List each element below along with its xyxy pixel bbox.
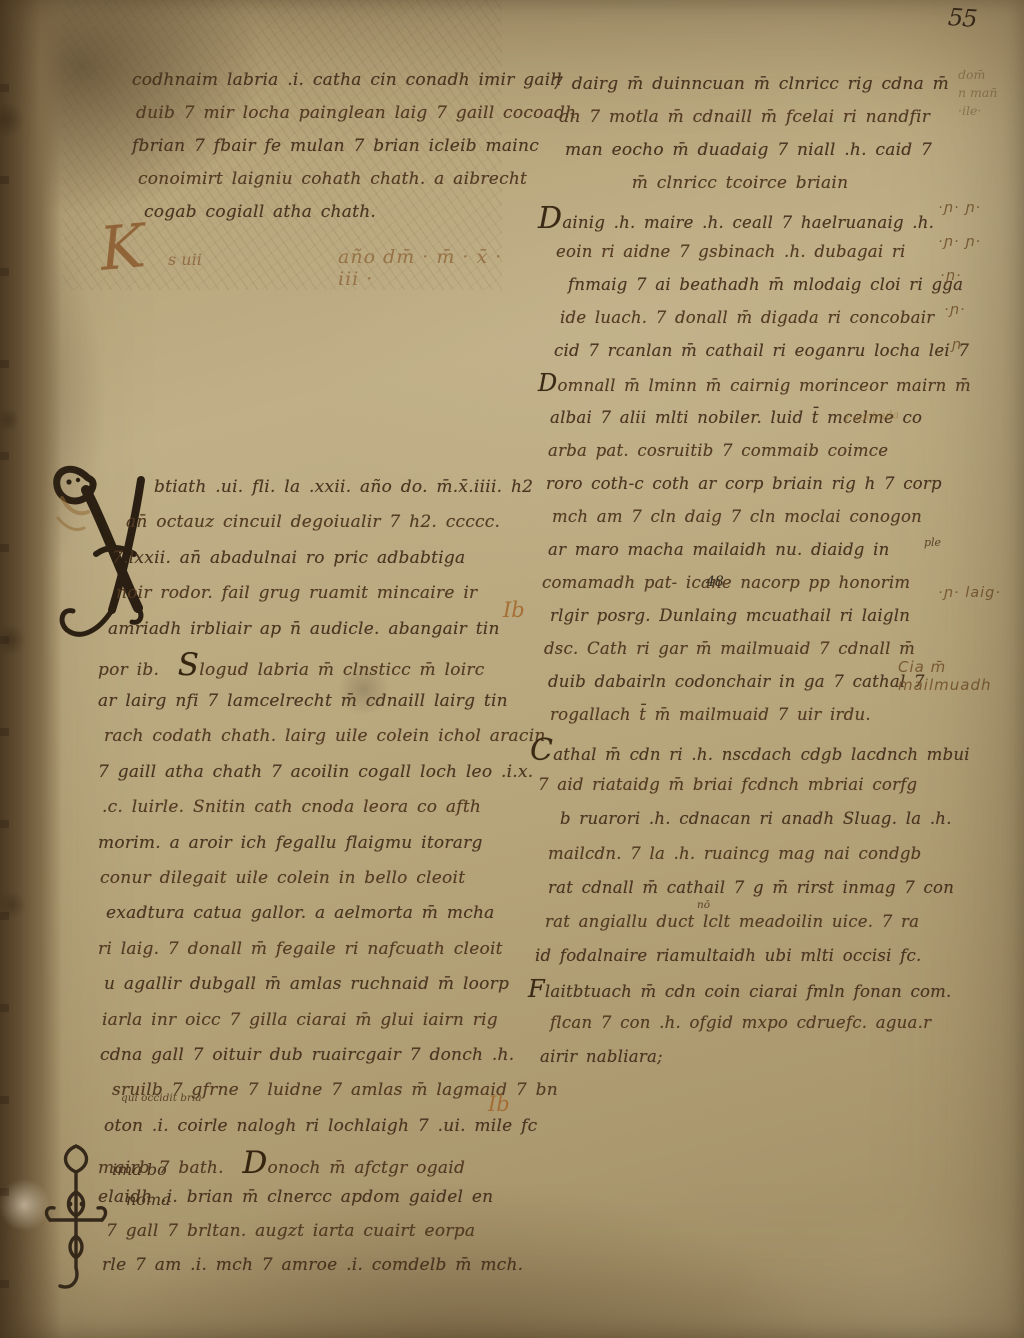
- text-line: an 7 motla m̄ cdnaill m̄ fcelai ri nandf…: [559, 101, 935, 134]
- drop-cap-segment: Slogud labria m̄ clnsticc m̄ loirc: [178, 648, 485, 688]
- text-line: arba pat. cosruitib 7 commaib coimce: [548, 434, 971, 467]
- text-line: ide luach. 7 donall m̄ digada ri concoba…: [560, 301, 971, 334]
- kalends-initial: K: [97, 216, 147, 280]
- text-line: ar maro macha mailaidh nu. diaidg in: [548, 533, 971, 566]
- obit-mark: ·ɲ· ɲ·: [938, 234, 981, 250]
- annal-heading: K s uii año dm̄ · m̄ · x̄ · iii ·: [100, 224, 520, 294]
- right-column-paragraph-3: Cathal m̄ cdn ri .h. nscdach cdgb lacdnc…: [530, 734, 970, 973]
- text-line: morim. a aroir ich fegallu flaigmu itora…: [98, 826, 558, 861]
- text-line: rach codath chath. lairg uile colein ich…: [104, 719, 558, 754]
- obit-mark: ·ɲ·: [940, 268, 962, 284]
- margin-note-line: dom̄: [958, 66, 997, 84]
- interlinear-note-48: 48: [706, 574, 724, 590]
- left-column-paragraph-1: codhnaim labria .i. catha cin conadh imi…: [132, 64, 576, 229]
- text-line: rat cdnall m̄ cathail 7 g m̄ rirst inmag…: [548, 871, 970, 905]
- rubric-ib-mark: Ib: [503, 598, 525, 622]
- text-line: duib 7 mir locha painglean laig 7 gaill …: [136, 97, 576, 130]
- text-line: 7 gaill atha chath 7 acoilin cogall loch…: [98, 755, 558, 790]
- text-line: 7 dairg m̄ duinncuan m̄ clnricc rig cdna…: [552, 68, 935, 101]
- left-column-paragraph-2: btiath .ui. fli. la .xxii. año do. m̄.x̄…: [108, 470, 533, 647]
- right-column-paragraph-2: Dainig .h. maire .h. ceall 7 haelruanaig…: [538, 202, 971, 732]
- text-line: 7 gall 7 brltan. augzt iarta cuairt eorp…: [106, 1214, 523, 1248]
- interlinear-note-qui-occidit: qui occidit bria: [121, 1092, 202, 1104]
- text-line: u agallir dubgall m̄ amlas ruchnaid m̄ l…: [104, 967, 558, 1002]
- text-line: mailcdn. 7 la .h. ruaincg mag nai condgb: [548, 837, 970, 871]
- heading-year: año dm̄ · m̄ · x̄ · iii ·: [338, 246, 520, 290]
- margin-note-laig: ·ɲ· laig·: [938, 585, 1001, 601]
- text-line: conoimirt laigniu cohath chath. a aibrec…: [138, 163, 576, 196]
- text-line: eoin ri aidne 7 gsbinach .h. dubagai ri: [556, 235, 971, 268]
- text-line: id fodalnaire riamultaidh ubi mlti occis…: [535, 939, 970, 973]
- text-line: rogallach t̄ m̄ mailmuaid 7 uir irdu.: [550, 698, 971, 731]
- text-line: b ruarori .h. cdnacan ri anadh Sluag. la…: [560, 802, 970, 836]
- text-line: ri laig. 7 donall m̄ fegaile ri nafcuath…: [98, 932, 558, 967]
- obit-mark: ·ɲ· ɲ·: [938, 200, 981, 216]
- folio-number: 55: [947, 3, 977, 33]
- right-column-paragraph-4: Flaitbtuach m̄ cdn coin ciarai fmln fona…: [528, 972, 952, 1075]
- text-line: btiath .ui. fli. la .xxii. año do. m̄.x̄…: [154, 470, 533, 505]
- text-line: Flaitbtuach m̄ cdn coin ciarai fmln fona…: [528, 972, 952, 1006]
- text-line: cdna gall 7 oituir dub ruaircgair 7 donc…: [100, 1038, 558, 1073]
- text-line: conur dilegait uile colein in bello cleo…: [100, 861, 558, 896]
- text-line: ar lairg nfi 7 lamcelrecht m̄ cdnaill la…: [98, 684, 558, 719]
- heading-ferial: s uii: [168, 250, 202, 269]
- text-line: codhnaim labria .i. catha cin conadh imi…: [132, 64, 576, 97]
- line-segment: por ib.: [98, 660, 159, 680]
- text-line: 7 aid riataidg m̄ briai fcdnch mbriai co…: [538, 768, 970, 802]
- text-line: fnmaig 7 ai beathadh m̄ mlodaig cloi ri …: [568, 268, 971, 301]
- text-line: m̄ clnricc tcoirce briain: [545, 167, 935, 200]
- rubric-ib-mark: Ib: [488, 1092, 510, 1116]
- text-line: an̄ octauz cincuil degoiualir 7 h2. cccc…: [126, 505, 533, 540]
- margin-note-line: n man̄: [958, 84, 997, 102]
- knotwork-flourish: [36, 1140, 116, 1300]
- text-line: noir rodor. fail grug ruamit mincaire ir: [116, 576, 533, 611]
- text-line: fbrian 7 fbair fe mulan 7 brian icleib m…: [132, 130, 576, 163]
- obit-mark: ·ɲ·: [946, 337, 968, 353]
- interlinear-note-no: nō: [697, 899, 710, 911]
- text-line: comamadh pat- icane nacorp pp honorim: [542, 566, 971, 599]
- text-line: Cathal m̄ cdn ri .h. nscdach cdgb lacdnc…: [530, 734, 970, 768]
- bottom-margin-note: noma: [126, 1190, 171, 1209]
- text-line: roro coth-c coth ar corp briain rig h 7 …: [546, 467, 971, 500]
- margin-note-line: ·ile·: [958, 102, 997, 120]
- text-line: mch am 7 cln daig 7 cln moclai conogon: [552, 500, 971, 533]
- text-line: rle 7 am .i. mch 7 amroe .i. comdelb m̄ …: [102, 1248, 523, 1282]
- obit-mark: ·ɲ·: [944, 302, 966, 318]
- text-line: amriadh irbliair ap n̄ audicle. abangair…: [108, 612, 533, 647]
- text-line-with-initial: por ib. Slogud labria m̄ clnsticc m̄ loi…: [98, 648, 485, 683]
- text-line: rlgir posrg. Dunlaing mcuathail ri laigl…: [550, 599, 971, 632]
- text-line: cid 7 rcanlan m̄ cathail ri eoganru loch…: [554, 334, 971, 367]
- text-line: iarla inr oicc 7 gilla ciarai m̄ glui ia…: [102, 1003, 558, 1038]
- right-column-paragraph-1: 7 dairg m̄ duinncuan m̄ clnricc rig cdna…: [545, 68, 935, 200]
- bottom-margin-note: ima bo: [112, 1160, 167, 1179]
- manuscript-page: 55 dom̄ n man̄ ·ile· codhnaim labria .i.…: [0, 0, 1024, 1338]
- text-line: exadtura catua gallor. a aelmorta m̄ mch…: [106, 896, 558, 931]
- binding-stitching: [0, 0, 9, 1338]
- text-line: rat angiallu duct lclt meadoilin uice. 7…: [545, 905, 970, 939]
- text-line: airir nabliara;: [540, 1040, 952, 1074]
- margin-note-top-right: dom̄ n man̄ ·ile·: [958, 66, 997, 120]
- text-line: Domnall m̄ lminn m̄ cairnig morinceor ma…: [538, 367, 971, 400]
- text-line: man eocho m̄ duadaig 7 niall .h. caid 7: [565, 134, 935, 167]
- margin-note-mailmuad: Cia m̄ mailmuadh: [898, 658, 1024, 694]
- binding-edge: [0, 0, 62, 1338]
- interlinear-note-ple: ple: [924, 536, 941, 549]
- text-line: albai 7 alii mlti nobiler. luid t̄ mcelm…: [550, 401, 971, 434]
- text-line: flcan 7 con .h. ofgid mxpo cdruefc. agua…: [550, 1006, 952, 1040]
- text-line: 7.lxxii. an̄ abadulnai ro pric adbabtiga: [112, 541, 533, 576]
- text-line: .c. luirle. Snitin cath cnoda leora co a…: [102, 790, 558, 825]
- left-column-paragraph-2-cont: ar lairg nfi 7 lamcelrecht m̄ cdnaill la…: [98, 684, 558, 1144]
- text-line: Dainig .h. maire .h. ceall 7 haelruanaig…: [538, 202, 971, 235]
